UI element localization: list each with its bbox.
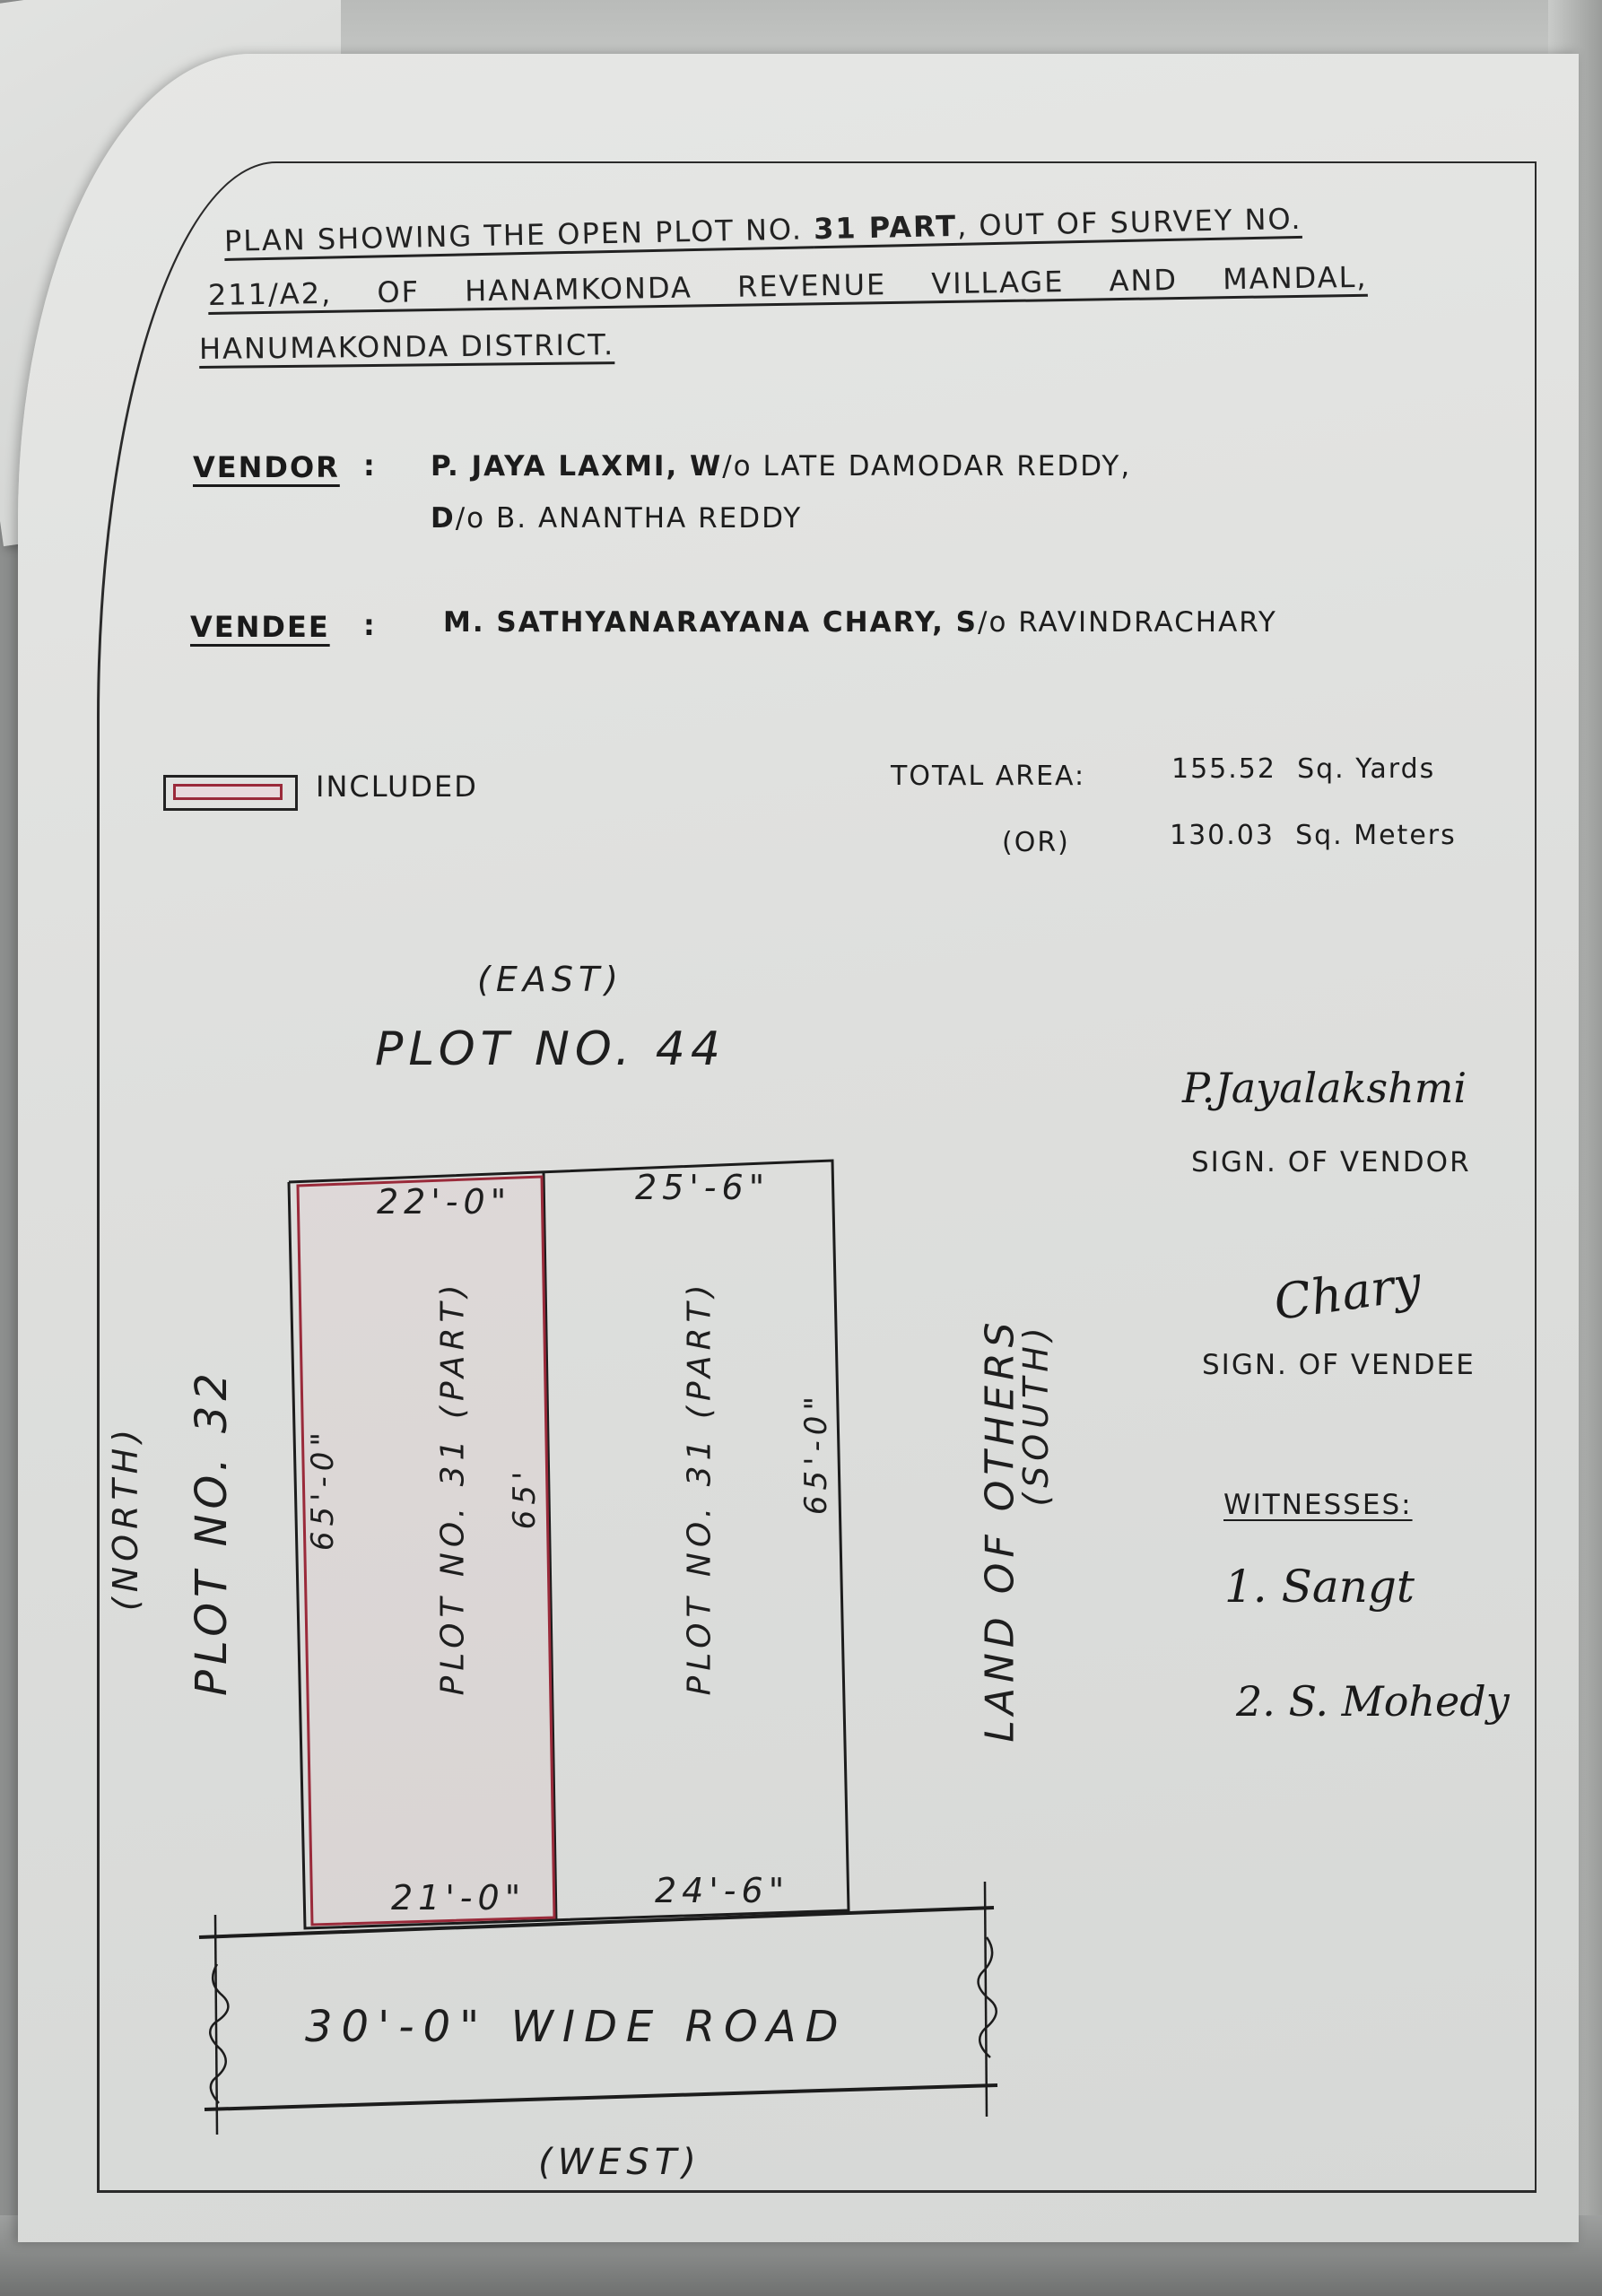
north-direction-label: (NORTH) [106,1387,145,1648]
other-plot-label: PLOT NO. 31 (PART) [682,1373,718,1696]
road-break-right [979,1937,997,2057]
other-plot-top-width: 25'-6" [635,1168,770,1207]
road-label: 30'-0" WIDE ROAD [305,2002,848,2052]
included-plot-right-length: 65' [507,1453,543,1543]
included-plot-left-length: 65'-0" [305,1417,341,1561]
south-direction-label: (SOUTH) [1016,1316,1056,1513]
east-neighbor-label: PLOT NO. 44 [375,1022,726,1076]
included-plot-label: PLOT NO. 31 (PART) [435,1373,472,1696]
east-direction-label: (EAST) [477,960,623,999]
north-neighbor-label: PLOT NO. 32 [187,1352,237,1711]
west-direction-label: (WEST) [538,2142,701,2183]
other-plot-bottom-width: 24'-6" [655,1871,789,1910]
vendor-signature: P.Jayalakshmi [1182,1064,1467,1112]
witnesses-title: WITNESSES: [1223,1489,1413,1521]
vendee-signature-caption: SIGN. OF VENDEE [1202,1349,1476,1381]
included-plot-bottom-width: 21'-0" [391,1878,526,1918]
included-plot-top-width: 22'-0" [377,1182,511,1222]
vendor-signature-caption: SIGN. OF VENDOR [1191,1146,1471,1178]
witness-2-signature: 2. S. Mohedy [1236,1677,1510,1726]
other-plot-right-length: 65'-0" [798,1381,834,1525]
road-break-left [210,1964,228,2103]
witness-1-signature: 1. Sangt [1224,1561,1415,1613]
